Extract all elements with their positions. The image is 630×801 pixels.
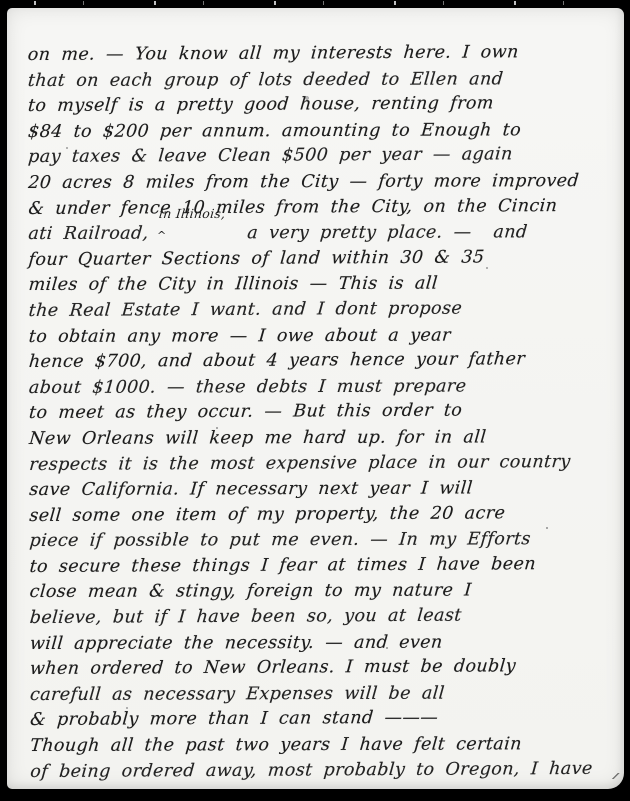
handwriting-line: to obtain any more — I owe about a year xyxy=(28,323,613,351)
handwriting-line: piece if possible to put me even. — In m… xyxy=(28,527,613,555)
handwriting-line: to secure these things I fear at times I… xyxy=(28,552,613,581)
handwriting-line: of being ordered away, most probably to … xyxy=(29,756,614,785)
handwriting-line: believe, but if I have been so, you at l… xyxy=(29,603,614,632)
handwriting-line: to myself is a pretty good house, rentin… xyxy=(27,91,612,120)
handwriting-line: & probably more than I can stand ——— xyxy=(29,705,614,734)
handwriting-line: ati Railroad, a very pretty place. — and xyxy=(27,220,612,248)
handwriting-line: respects it is the most expensive place … xyxy=(28,449,613,478)
scan-edge-tick-marks xyxy=(0,1,630,5)
handwriting-line: the Real Estate I want. and I dont propo… xyxy=(28,296,613,325)
handwriting-line: pay taxes & leave Clean $500 per year — … xyxy=(27,142,612,171)
scanner-black-frame: on me. — You know all my interests here.… xyxy=(0,0,630,801)
handwriting-line: four Quarter Sections of land within 30 … xyxy=(27,245,612,274)
caret-insertion-mark: ^ xyxy=(157,229,166,242)
handwriting-line: sell some one item of my property, the 2… xyxy=(28,500,613,529)
handwriting-line: Though all the past two years I have fel… xyxy=(29,732,614,760)
handwriting-line: miles of the City in Illinois — This is … xyxy=(27,271,612,299)
handwriting-line: on me. — You know all my interests here.… xyxy=(27,40,612,69)
handwriting-line: will appreciate the necessity. — and eve… xyxy=(29,630,614,658)
handwriting-line: hence $700, and about 4 years hence your… xyxy=(28,347,613,376)
handwriting-line: New Orleans will keep me hard up. for in… xyxy=(28,425,613,453)
letter-paper: on me. — You know all my interests here.… xyxy=(7,8,624,789)
handwriting-line: that on each group of lots deeded to Ell… xyxy=(27,67,612,95)
handwriting-line: 20 acres 8 miles from the City — forty m… xyxy=(27,169,612,197)
handwriting-line: about $1000. — these debts I must prepar… xyxy=(28,374,613,402)
interlinear-insertion: in Illinois, xyxy=(158,206,226,221)
handwriting-line: save California. If necessary next year … xyxy=(28,476,613,504)
scan-corner-artifact xyxy=(612,773,620,779)
handwriting-line: when ordered to New Orleans. I must be d… xyxy=(29,654,614,683)
handwriting-line: & under fence 10 miles from the City, on… xyxy=(27,193,612,222)
handwriting-line: to meet as they occur. — But this order … xyxy=(28,398,613,427)
handwriting-line: close mean & stingy, foreign to my natur… xyxy=(29,578,614,606)
handwriting-text-block: on me. — You know all my interests here.… xyxy=(28,41,614,785)
